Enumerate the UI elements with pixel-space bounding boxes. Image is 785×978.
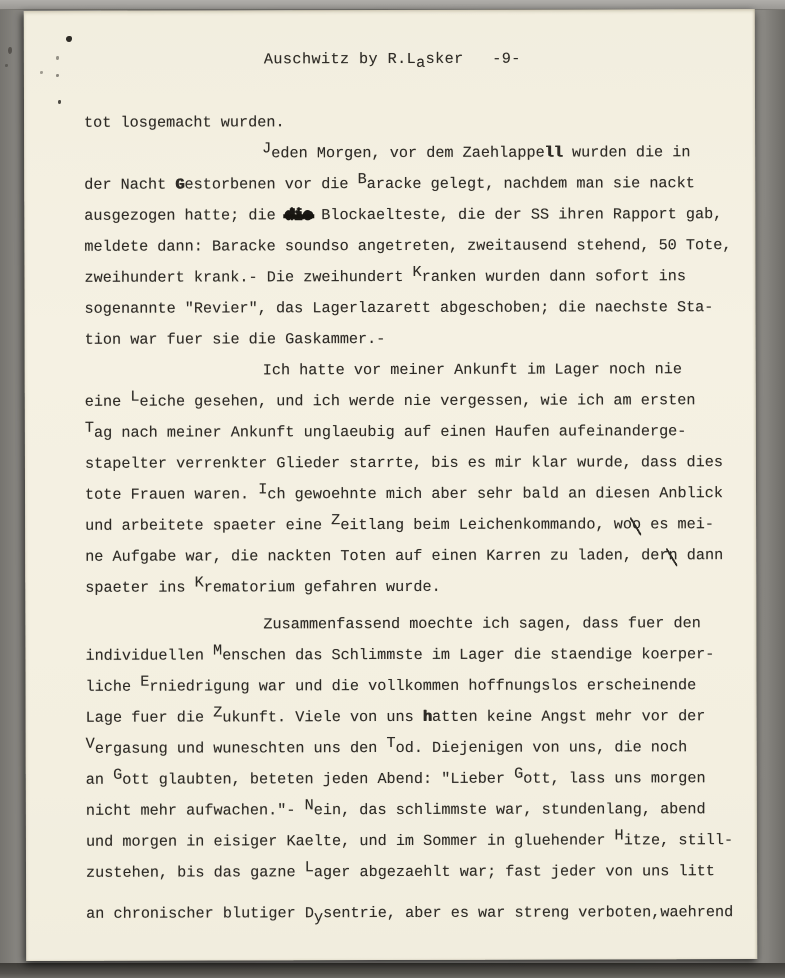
typewriter-segment: an chronischer blutiger D: [86, 904, 314, 923]
typewritten-line: sogenannte "Revier", das Lagerlazarett a…: [84, 292, 747, 325]
typewriter-segment: Auschwitz by R.L: [264, 50, 416, 68]
typewriter-segment-over: ll: [545, 144, 563, 162]
typewriter-segment: eitlang beim Leichenkommando, wo: [340, 515, 632, 534]
typewriter-segment: Zusammenfassend moechte ich sagen, dass …: [263, 614, 701, 633]
typewritten-line: spaeter ins Krematorium gefahren wurde.: [85, 571, 748, 604]
typewriter-segment-up: E: [140, 673, 149, 691]
typewriter-segment: und arbeitete spaeter eine: [85, 516, 331, 535]
typewriter-segment: ergasung und wuneschten uns den: [95, 739, 387, 758]
document-body: tot losgemacht wurden.Jeden Morgen, vor …: [84, 106, 749, 930]
typewriter-segment-up: H: [615, 826, 624, 844]
typewriter-segment: itze, still-: [624, 831, 733, 849]
document-page: Auschwitz by R.Lasker -9- tot losgemacht…: [24, 9, 757, 961]
typewriter-segment: Ich hatte vor meiner Ankunft im Lager no…: [263, 360, 682, 379]
typewriter-segment: stapelter verrenkter Glieder starrte, bi…: [85, 453, 723, 473]
typewriter-segment: nicht mehr aufwachen."-: [86, 801, 305, 820]
typewriter-segment-down: a: [416, 54, 426, 72]
typewriter-segment-up: T: [85, 419, 94, 437]
typewriter-segment: sentrie, aber es war streng verboten,wae…: [323, 903, 733, 922]
typewritten-line: meldete dann: Baracke soundso angetreten…: [84, 230, 747, 263]
typewriter-segment: zweihundert krank.- Die zweihundert: [84, 268, 412, 287]
typewritten-line: Zusammenfassend moechte ich sagen, dass …: [85, 608, 748, 641]
typewritten-line: zweihundert krank.- Die zweihundert Kran…: [84, 261, 747, 294]
typewritten-line: Ich hatte vor meiner Ankunft im Lager no…: [85, 354, 748, 387]
typewriter-segment-up: G: [514, 765, 523, 783]
typewriter-segment: eiche gesehen, und ich werde nie vergess…: [139, 391, 695, 410]
typewriter-segment: tion war fuer sie die Gaskammer.-: [85, 330, 386, 349]
typewriter-segment-up: T: [386, 734, 395, 752]
typewritten-line: tot losgemacht wurden.: [84, 106, 747, 139]
typewriter-segment: ott glaubten, beteten jeden Abend: "Lieb…: [122, 770, 514, 789]
typewritten-line: individuellen Menschen das Schlimmste im…: [85, 639, 748, 672]
background-bottom-strip: [0, 963, 785, 978]
typewritten-line: der Nacht Gestorbenen vor die Baracke ge…: [84, 168, 747, 201]
typewriter-segment-up: N: [305, 796, 314, 814]
typewritten-line: tote Frauen waren. Ich gewoehnte mich ab…: [85, 478, 748, 511]
typewriter-segment: eden Morgen, vor dem Zaehlappe: [271, 144, 544, 163]
typewriter-segment: wurden die in: [563, 143, 691, 161]
typewriter-segment-up: B: [358, 170, 367, 188]
typewriter-segment-up: M: [213, 641, 222, 659]
typewriter-segment-up: I: [258, 480, 267, 498]
typewriter-segment: ne Aufgabe war, die nackten Toten auf ei…: [85, 546, 668, 566]
typewriter-segment: meldete dann: Baracke soundso angetreten…: [84, 236, 731, 256]
typewriter-segment-cancel: n: [668, 546, 677, 564]
typewriter-segment: tote Frauen waren.: [85, 485, 258, 503]
typewritten-line: liche Erniedrigung war und die vollkomme…: [85, 670, 748, 703]
typewriter-segment: an: [86, 771, 113, 789]
typewriter-segment: estorbenen vor die: [184, 175, 357, 193]
typewriter-segment-blot: die: [285, 206, 312, 224]
typewriter-segment: sker -9-: [426, 50, 521, 68]
typewritten-line: ne Aufgabe war, die nackten Toten auf ei…: [85, 540, 748, 573]
typewriter-segment: und morgen in eisiger Kaelte, und im Som…: [86, 831, 615, 850]
typewriter-segment: ranken wurden dann sofort ins: [422, 267, 686, 286]
typewriter-segment: eine: [85, 393, 131, 411]
typewriter-segment: enschen das Schlimmste im Lager die stae…: [222, 645, 714, 664]
typewriter-segment: rniedrigung war und die vollkommen hoffn…: [149, 676, 696, 695]
typewritten-line: stapelter verrenkter Glieder starrte, bi…: [85, 447, 748, 480]
typewriter-segment-up: Z: [331, 511, 340, 529]
typewriter-segment: od. Diejenigen von uns, die noch: [396, 738, 688, 757]
typewriter-segment: Blockaelteste, die der SS ihren Rapport …: [312, 205, 722, 224]
typewriter-segment-up: G: [113, 766, 122, 784]
typewriter-segment: zustehen, bis das gazne: [86, 863, 305, 882]
typewritten-line: an chronischer blutiger Dysentrie, aber …: [86, 897, 749, 930]
typewriter-segment: liche: [86, 678, 141, 696]
page-header: Auschwitz by R.Lasker -9-: [264, 50, 521, 69]
typewritten-line: Lage fuer die Zukunft. Viele von uns hat…: [86, 701, 749, 734]
typewriter-segment: ch gewoehnte mich aber sehr bald an dies…: [267, 484, 723, 503]
typewriter-segment: individuellen: [85, 646, 213, 664]
ink-speck: [8, 47, 12, 54]
typewriter-segment: tot losgemacht wurden.: [84, 113, 285, 132]
typewritten-line: Jeden Morgen, vor dem Zaehlappell wurden…: [84, 137, 747, 170]
typewritten-line: tion war fuer sie die Gaskammer.-: [85, 323, 748, 356]
typewriter-segment-up: V: [86, 735, 95, 753]
typewriter-segment: spaeter ins: [85, 579, 194, 597]
typewriter-segment: ag nach meiner Ankunft unglaeubig auf ei…: [94, 422, 686, 442]
typewritten-line: Vergasung und wuneschten uns den Tod. Di…: [86, 732, 749, 765]
typewriter-segment-up: L: [305, 858, 314, 876]
typewriter-segment: ott, lass uns morgen: [523, 769, 705, 787]
typewriter-segment-up: K: [413, 263, 422, 281]
typewriter-segment: dann: [678, 546, 724, 564]
typewriter-segment: sogenannte "Revier", das Lagerlazarett a…: [85, 298, 714, 318]
typewriter-segment: ausgezogen hatte; die: [84, 206, 285, 225]
typewritten-line: zustehen, bis das gazne Lager abgezaehlt…: [86, 856, 749, 889]
typewritten-line: Tag nach meiner Ankunft unglaeubig auf e…: [85, 416, 748, 449]
typewritten-line: an Gott glaubten, beteten jeden Abend: "…: [86, 763, 749, 796]
typewriter-segment-up: L: [130, 388, 139, 406]
typewritten-line: und morgen in eisiger Kaelte, und im Som…: [86, 825, 749, 858]
typewritten-line: ausgezogen hatte; die die Blockaelteste,…: [84, 199, 747, 232]
typewriter-segment-up: J: [262, 139, 271, 157]
typewriter-segment: aracke gelegt, nachdem man sie nackt: [367, 174, 695, 193]
typewriter-segment: ein, das schlimmste war, stundenlang, ab…: [314, 800, 706, 819]
typewriter-segment: Lage fuer die: [86, 708, 214, 726]
typewritten-line: eine Leiche gesehen, und ich werde nie v…: [85, 385, 748, 418]
typewriter-segment: ukunft. Viele von uns: [222, 708, 423, 727]
typewriter-segment-cancel: o: [632, 515, 641, 533]
typewriter-segment: der Nacht: [84, 176, 175, 194]
typewriter-segment: ager abgezaehlt war; fast jeder von uns …: [314, 862, 715, 881]
typewriter-segment-up: Z: [213, 703, 222, 721]
typewriter-segment-down: y: [314, 908, 323, 926]
typewriter-segment: atten keine Angst mehr vor der: [432, 707, 705, 726]
typewriter-segment-up: K: [195, 573, 204, 591]
ink-speck: [5, 64, 8, 67]
scanned-document-photo: Auschwitz by R.Lasker -9- tot losgemacht…: [0, 0, 785, 978]
typewritten-line: nicht mehr aufwachen."- Nein, das schlim…: [86, 794, 749, 827]
typewriter-segment: es mei-: [641, 515, 714, 533]
typewritten-line: und arbeitete spaeter eine Zeitlang beim…: [85, 509, 748, 542]
typewriter-segment-over: G: [175, 176, 184, 194]
typewriter-segment: rematorium gefahren wurde.: [204, 578, 441, 597]
